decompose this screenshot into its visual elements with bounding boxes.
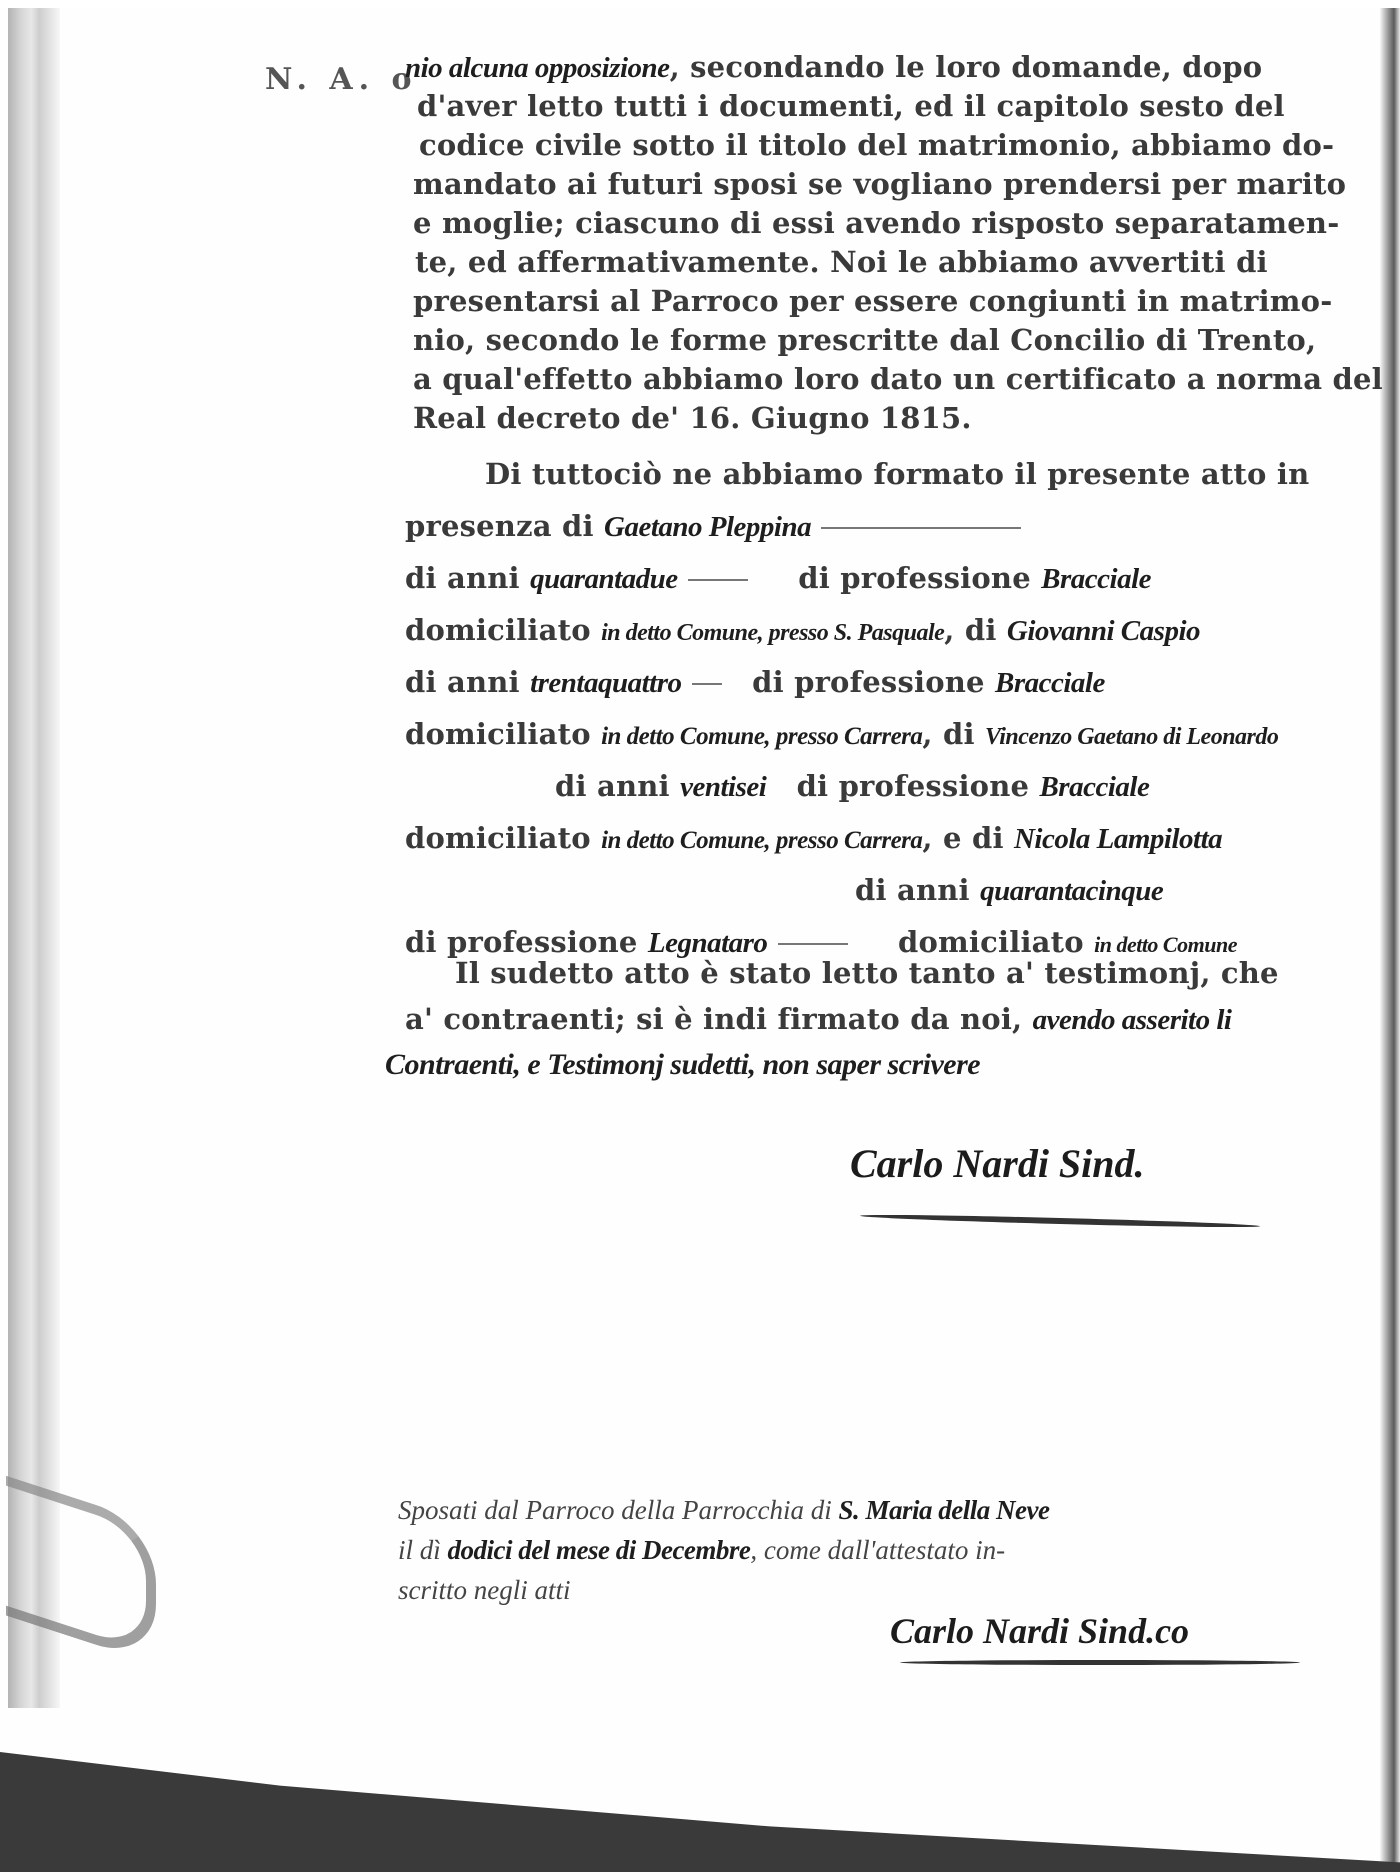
bottom-shadow — [0, 1752, 1400, 1872]
body-line: nio, secondo le forme prescritte dal Con… — [405, 321, 1295, 360]
page-right-edge — [1380, 8, 1400, 1868]
signature-underline — [860, 1213, 1260, 1229]
witness-3-age: ventisei — [680, 771, 766, 803]
witness-4-age-line: di anni quarantacinque — [405, 864, 1295, 916]
witness-3-profession: Bracciale — [1039, 771, 1149, 803]
fill-line — [778, 943, 848, 945]
witness-1-domicile-line: domiciliato in detto Comune, presso S. P… — [405, 604, 1295, 656]
witness-3-name: Vincenzo Gaetano di Leonardo — [985, 724, 1278, 750]
body-line: te, ed affermativamente. Noi le abbiamo … — [405, 243, 1295, 282]
annotation-line-1: Sposati dal Parroco della Parrocchia di … — [398, 1490, 1298, 1530]
body-line: a qual'effetto abbiamo loro dato un cert… — [405, 360, 1295, 399]
signature-mayor-1: Carlo Nardi Sind. — [850, 1140, 1145, 1187]
witness-1-profession: Bracciale — [1041, 563, 1151, 595]
witness-1-age-line: di anni quarantadue di professione Bracc… — [405, 552, 1295, 604]
marriage-annotation: Sposati dal Parroco della Parrocchia di … — [398, 1490, 1298, 1610]
witness-2-domicile: in detto Comune, presso Carrera — [601, 723, 922, 750]
closing-hand-2: avendo asserito li — [1033, 1004, 1232, 1036]
witness-2-name: Giovanni Caspio — [1007, 615, 1200, 647]
witness-intro: Di tuttociò ne abbiamo formato il presen… — [405, 448, 1295, 500]
witness-2-profession: Bracciale — [995, 667, 1105, 699]
binding-gutter — [8, 8, 60, 1708]
signature-underline — [900, 1660, 1300, 1665]
fill-line — [821, 527, 1021, 529]
witness-4-age: quarantacinque — [980, 875, 1163, 907]
witness-3-age-line: di anni ventisei di professione Braccial… — [405, 760, 1295, 812]
fill-line — [688, 579, 748, 581]
closing-line-2: a' contraenti; si è indi firmato da noi,… — [405, 996, 1295, 1042]
witness-3-domicile: in detto Comune, presso Carrera — [601, 827, 922, 854]
body-line: e moglie; ciascuno di essi avendo rispos… — [405, 204, 1295, 243]
scanned-page: N. A. o nio alcuna opposizione, secondan… — [0, 0, 1400, 1872]
body-line: codice civile sotto il titolo del matrim… — [405, 126, 1295, 165]
body-line: d'aver letto tutti i documenti, ed il ca… — [405, 87, 1295, 126]
marriage-date: dodici del mese di Decembre — [448, 1535, 751, 1565]
printed-body: nio alcuna opposizione, secondando le lo… — [405, 48, 1295, 438]
witness-4-name: Nicola Lampilotta — [1014, 823, 1222, 855]
parish-name: S. Maria della Neve — [838, 1495, 1049, 1525]
body-line: Real decreto de' 16. Giugno 1815. — [405, 399, 1295, 438]
witness-2-age: trentaquattro — [530, 667, 681, 699]
top-edge — [0, 0, 1400, 8]
signature-mayor-2: Carlo Nardi Sind.co — [890, 1610, 1189, 1652]
witness-1-name: Gaetano Pleppina — [604, 511, 811, 543]
body-line: mandato ai futuri sposi se vogliano pren… — [405, 165, 1295, 204]
witness-2-domicile-line: domiciliato in detto Comune, presso Carr… — [405, 708, 1295, 760]
closing-line-1: Il sudetto atto è stato letto tanto a' t… — [405, 950, 1295, 996]
fill-line — [692, 683, 722, 685]
annotation-line-3: scritto negli atti — [398, 1570, 1298, 1610]
witness-1-domicile: in detto Comune, presso S. Pasquale — [601, 620, 944, 646]
annotation-line-2: il dì dodici del mese di Decembre, come … — [398, 1530, 1298, 1570]
body-line: presentarsi al Parroco per essere congiu… — [405, 282, 1295, 321]
witness-section: Di tuttociò ne abbiamo formato il presen… — [405, 448, 1295, 968]
margin-marks: N. A. o — [265, 62, 418, 97]
witness-3-domicile-line: domiciliato in detto Comune, presso Carr… — [405, 812, 1295, 864]
body-line: nio alcuna opposizione, secondando le lo… — [405, 48, 1295, 87]
witness-1-age: quarantadue — [530, 563, 678, 595]
closing-line-3: Contraenti, e Testimonj sudetti, non sap… — [385, 1042, 1295, 1088]
closing-section: Il sudetto atto è stato letto tanto a' t… — [405, 950, 1295, 1088]
witness-2-age-line: di anni trentaquattro di professione Bra… — [405, 656, 1295, 708]
handwritten-prefix: nio alcuna opposizione — [405, 52, 670, 84]
presence-line: presenza di Gaetano Pleppina — [405, 500, 1295, 552]
